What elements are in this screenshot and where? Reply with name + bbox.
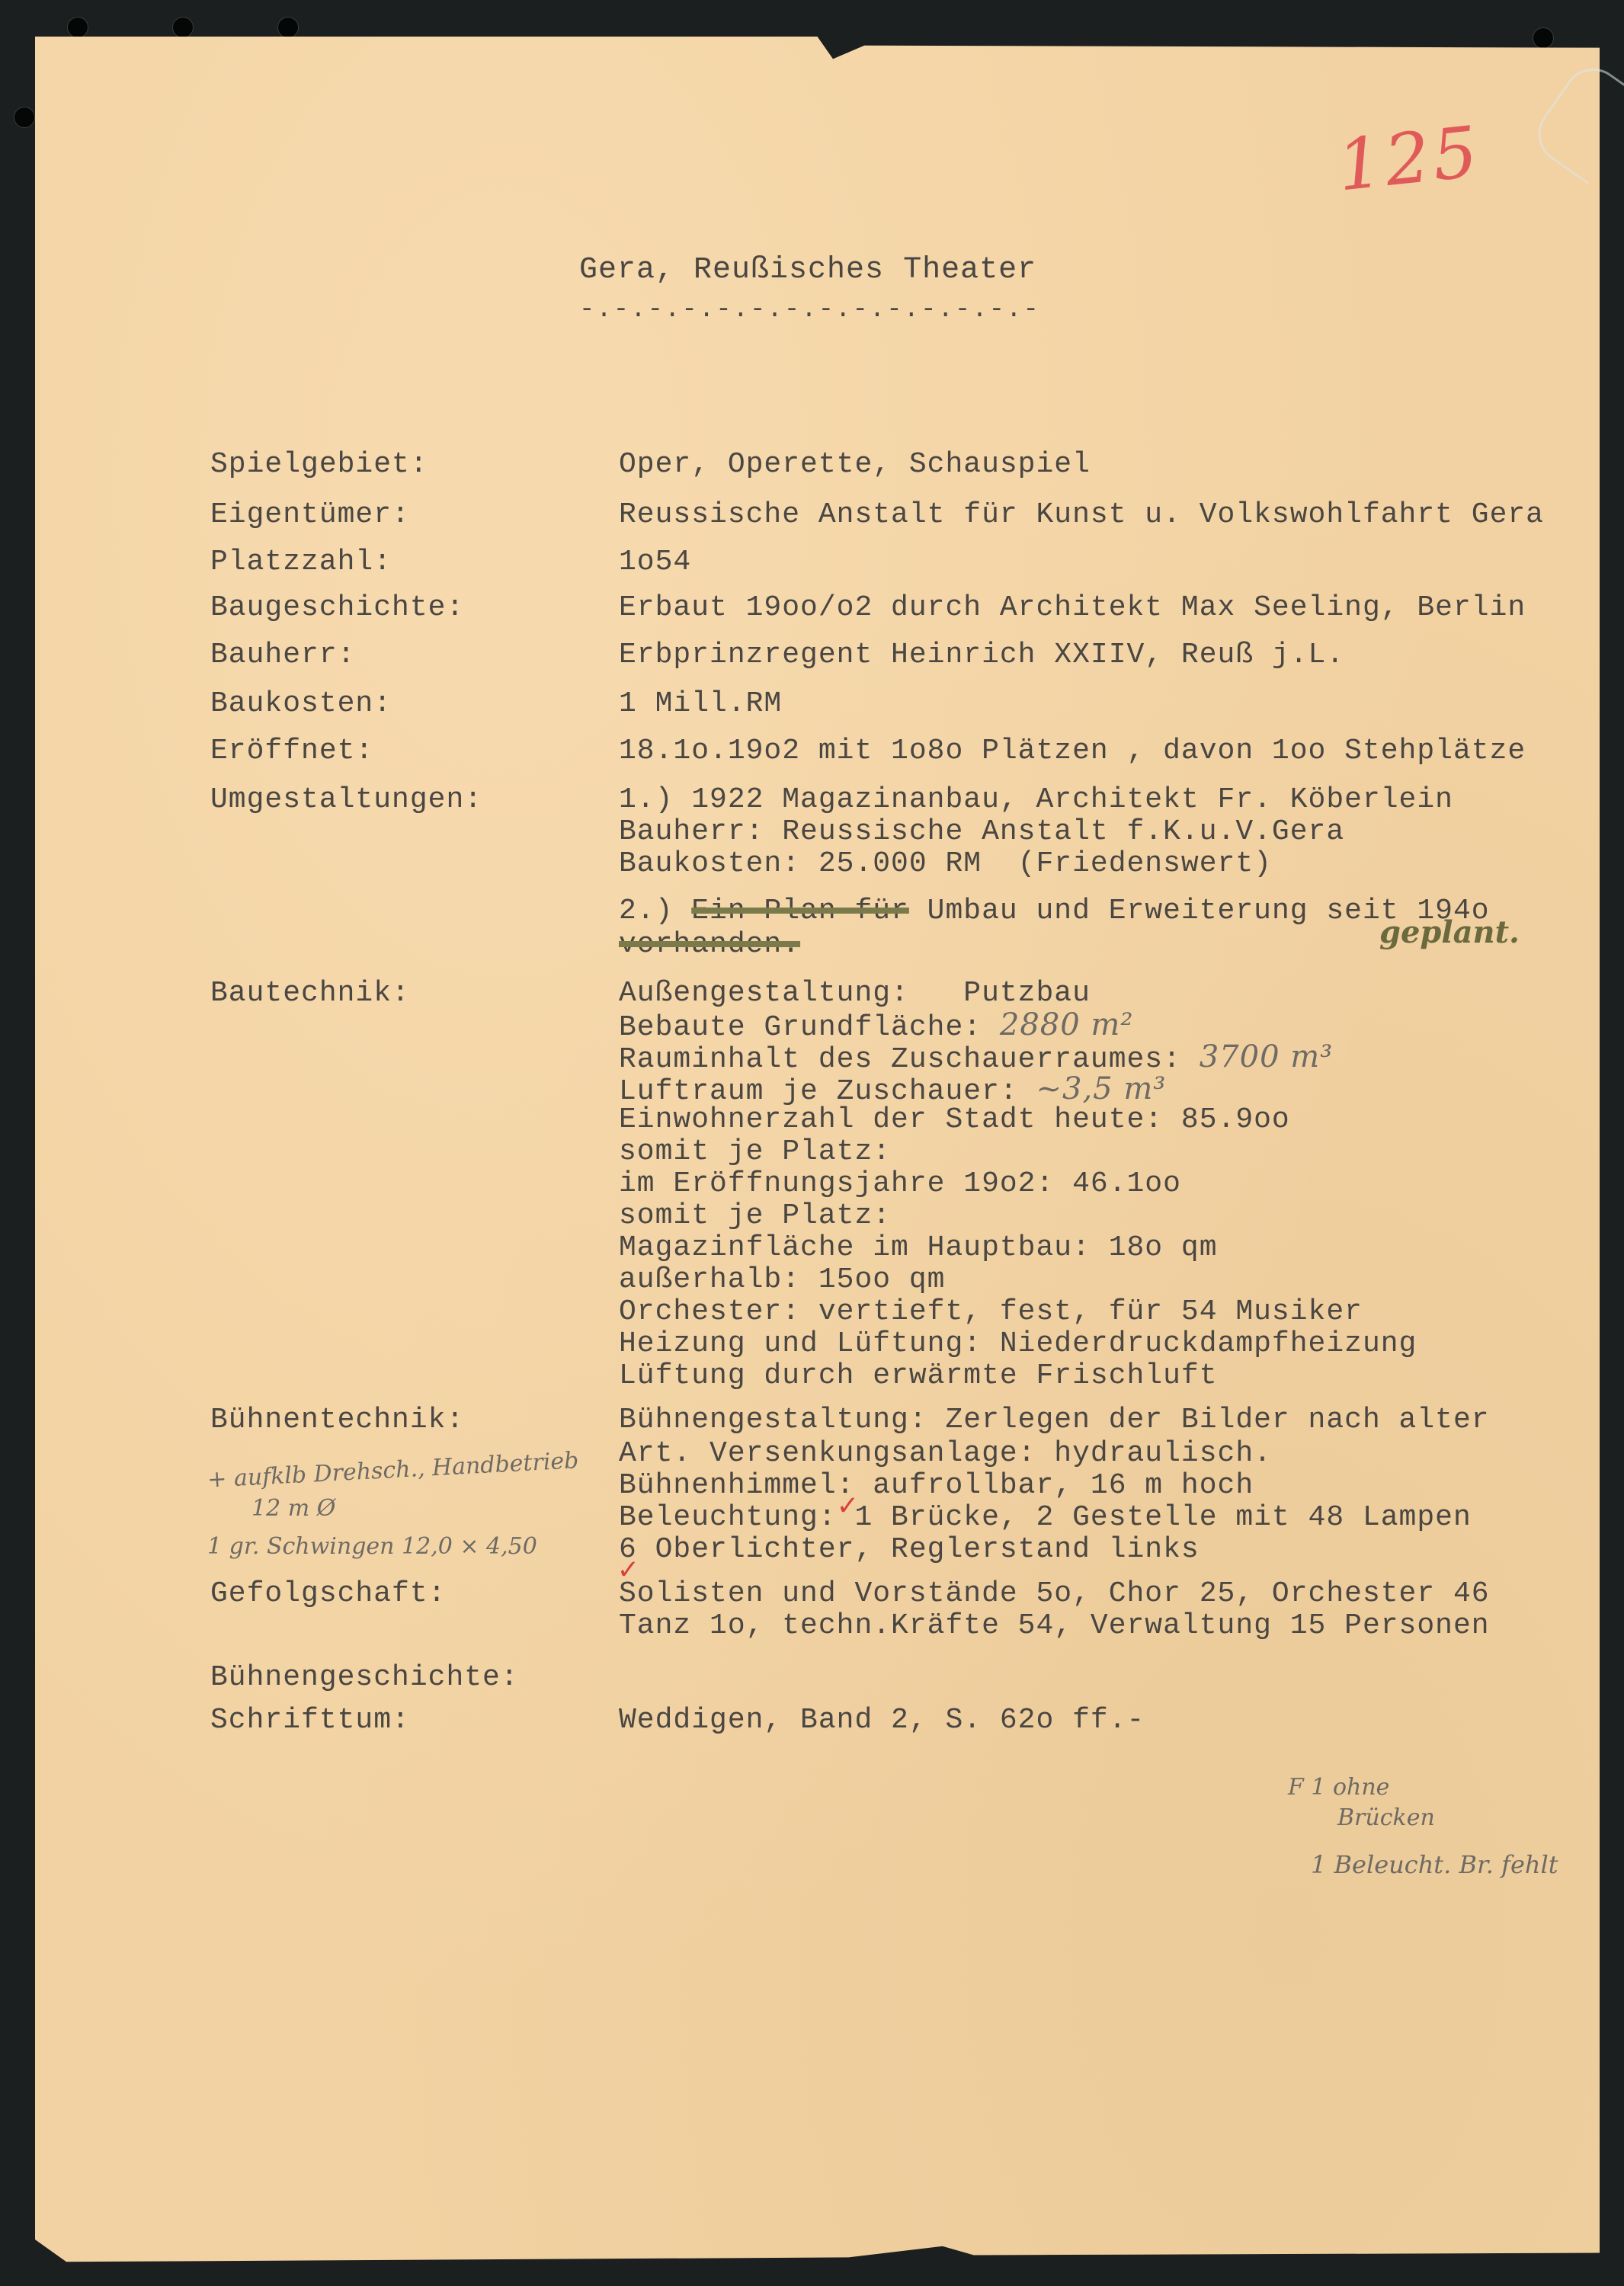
text-line: Außengestaltung: Putzbau: [619, 977, 1091, 1010]
archive-number: 125: [1334, 110, 1485, 207]
handwritten-annotation: geplant.: [1379, 914, 1520, 950]
text-line: 6 Oberlichter, Reglerstand links: [619, 1533, 1200, 1566]
field-value: 18.1o.19o2 mit 1o8o Plätzen , davon 1oo …: [619, 735, 1526, 767]
text-line: im Eröffnungsjahre 19o2: 46.1oo: [619, 1167, 1181, 1200]
text-line: Tanz 1o, techn.Kräfte 54, Verwaltung 15 …: [619, 1609, 1490, 1642]
field-value: Erbaut 19oo/o2 durch Architekt Max Seeli…: [619, 591, 1526, 624]
red-correction-mark: ✓: [838, 1487, 857, 1525]
text-line: 1.) 1922 Magazinanbau, Architekt Fr. Köb…: [619, 783, 1453, 816]
text-line: Bühnenhimmel: aufrollbar, 16 m hoch: [619, 1469, 1254, 1502]
section-label-bautechnik: Bautechnik:: [210, 977, 410, 1010]
field-label: Bauherr:: [210, 639, 355, 671]
field-label: Platzzahl:: [210, 546, 392, 578]
title-underline: -.-.-.-.-.-.-.-.-.-.-.-.-.-: [579, 296, 1040, 325]
field-label: Eigentümer:: [210, 498, 410, 531]
struck-text: vorhanden.: [619, 928, 800, 961]
section-label-buehnengeschichte: Bühnengeschichte:: [210, 1661, 519, 1694]
text-line: Heizung und Lüftung: Niederdruckdampfhei…: [619, 1327, 1417, 1360]
section-label-gefolgschaft: Gefolgschaft:: [210, 1577, 446, 1610]
binder-hole: [1533, 27, 1554, 49]
text-line: Art. Versenkungsanlage: hydraulisch.: [619, 1437, 1272, 1470]
field-value: 1 Mill.RM: [619, 687, 782, 720]
page-title: Gera, Reußisches Theater: [579, 253, 1036, 287]
text-line: 2.) Ein Plan für Umbau und Erweiterung s…: [619, 895, 1490, 927]
text-line: Baukosten: 25.000 RM (Friedenswert): [619, 847, 1272, 880]
margin-note: 12 m Ø: [251, 1495, 335, 1522]
binder-hole: [172, 17, 194, 38]
text-line: Magazinfläche im Hauptbau: 18o qm: [619, 1231, 1218, 1264]
item-number: 2.): [619, 895, 691, 927]
text-line: Luftraum je Zuschauer: ~3,5 m³: [619, 1071, 1166, 1108]
pencil-note: 1 Beleucht. Br. fehlt: [1311, 1850, 1558, 1879]
handwritten-value: 2880 m²: [1000, 1007, 1133, 1042]
text-line: Bebaute Grundfläche: 2880 m²: [619, 1007, 1133, 1044]
field-label: Eröffnet:: [210, 735, 373, 767]
text-line: somit je Platz:: [619, 1135, 891, 1168]
section-label-umgestaltungen: Umgestaltungen:: [210, 783, 482, 816]
pencil-note: F 1 ohne: [1288, 1774, 1389, 1801]
binder-hole: [277, 17, 299, 38]
field-label: Baukosten:: [210, 687, 392, 720]
handwritten-value: 3700 m³: [1200, 1039, 1333, 1074]
handwritten-value: ~3,5 m³: [1036, 1071, 1167, 1106]
text-line: Orchester: vertieft, fest, für 54 Musike…: [619, 1295, 1363, 1328]
text-line: Bühnengestaltung: Zerlegen der Bilder na…: [619, 1404, 1490, 1436]
text-line: Bauherr: Reussische Anstalt f.K.u.V.Gera: [619, 815, 1344, 848]
field-label: Baugeschichte:: [210, 591, 464, 624]
text-line: Rauminhalt des Zuschauerraumes: 3700 m³: [619, 1039, 1333, 1076]
field-value: Erbprinzregent Heinrich XXIIV, Reuß j.L.: [619, 639, 1344, 671]
field-value: 1o54: [619, 546, 691, 578]
typed-text: Außengestaltung: Putzbau: [619, 977, 1091, 1010]
text-line: Beleuchtung: 1 Brücke, 2 Gestelle mit 48…: [619, 1501, 1472, 1534]
text-line: Lüftung durch erwärmte Frischluft: [619, 1359, 1218, 1392]
binder-hole: [67, 17, 88, 38]
text-line: Einwohnerzahl der Stadt heute: 85.9oo: [619, 1103, 1290, 1136]
field-value: Reussische Anstalt für Kunst u. Volkswoh…: [619, 498, 1544, 531]
pencil-note: Brücken: [1337, 1804, 1435, 1831]
text-line: außerhalb: 15oo qm: [619, 1263, 945, 1296]
section-label-buehnentechnik: Bühnentechnik:: [210, 1404, 464, 1436]
text-line: Weddigen, Band 2, S. 62o ff.-: [619, 1704, 1145, 1737]
binder-hole: [14, 107, 35, 128]
section-label-schrifttum: Schrifttum:: [210, 1704, 410, 1737]
text-line: somit je Platz:: [619, 1199, 891, 1232]
text-line: Solisten und Vorstände 5o, Chor 25, Orch…: [619, 1577, 1490, 1610]
field-value: Oper, Operette, Schauspiel: [619, 448, 1091, 481]
field-label: Spielgebiet:: [210, 448, 428, 481]
struck-text: Ein Plan für: [691, 895, 909, 927]
margin-note: 1 gr. Schwingen 12,0 × 4,50: [207, 1533, 537, 1560]
